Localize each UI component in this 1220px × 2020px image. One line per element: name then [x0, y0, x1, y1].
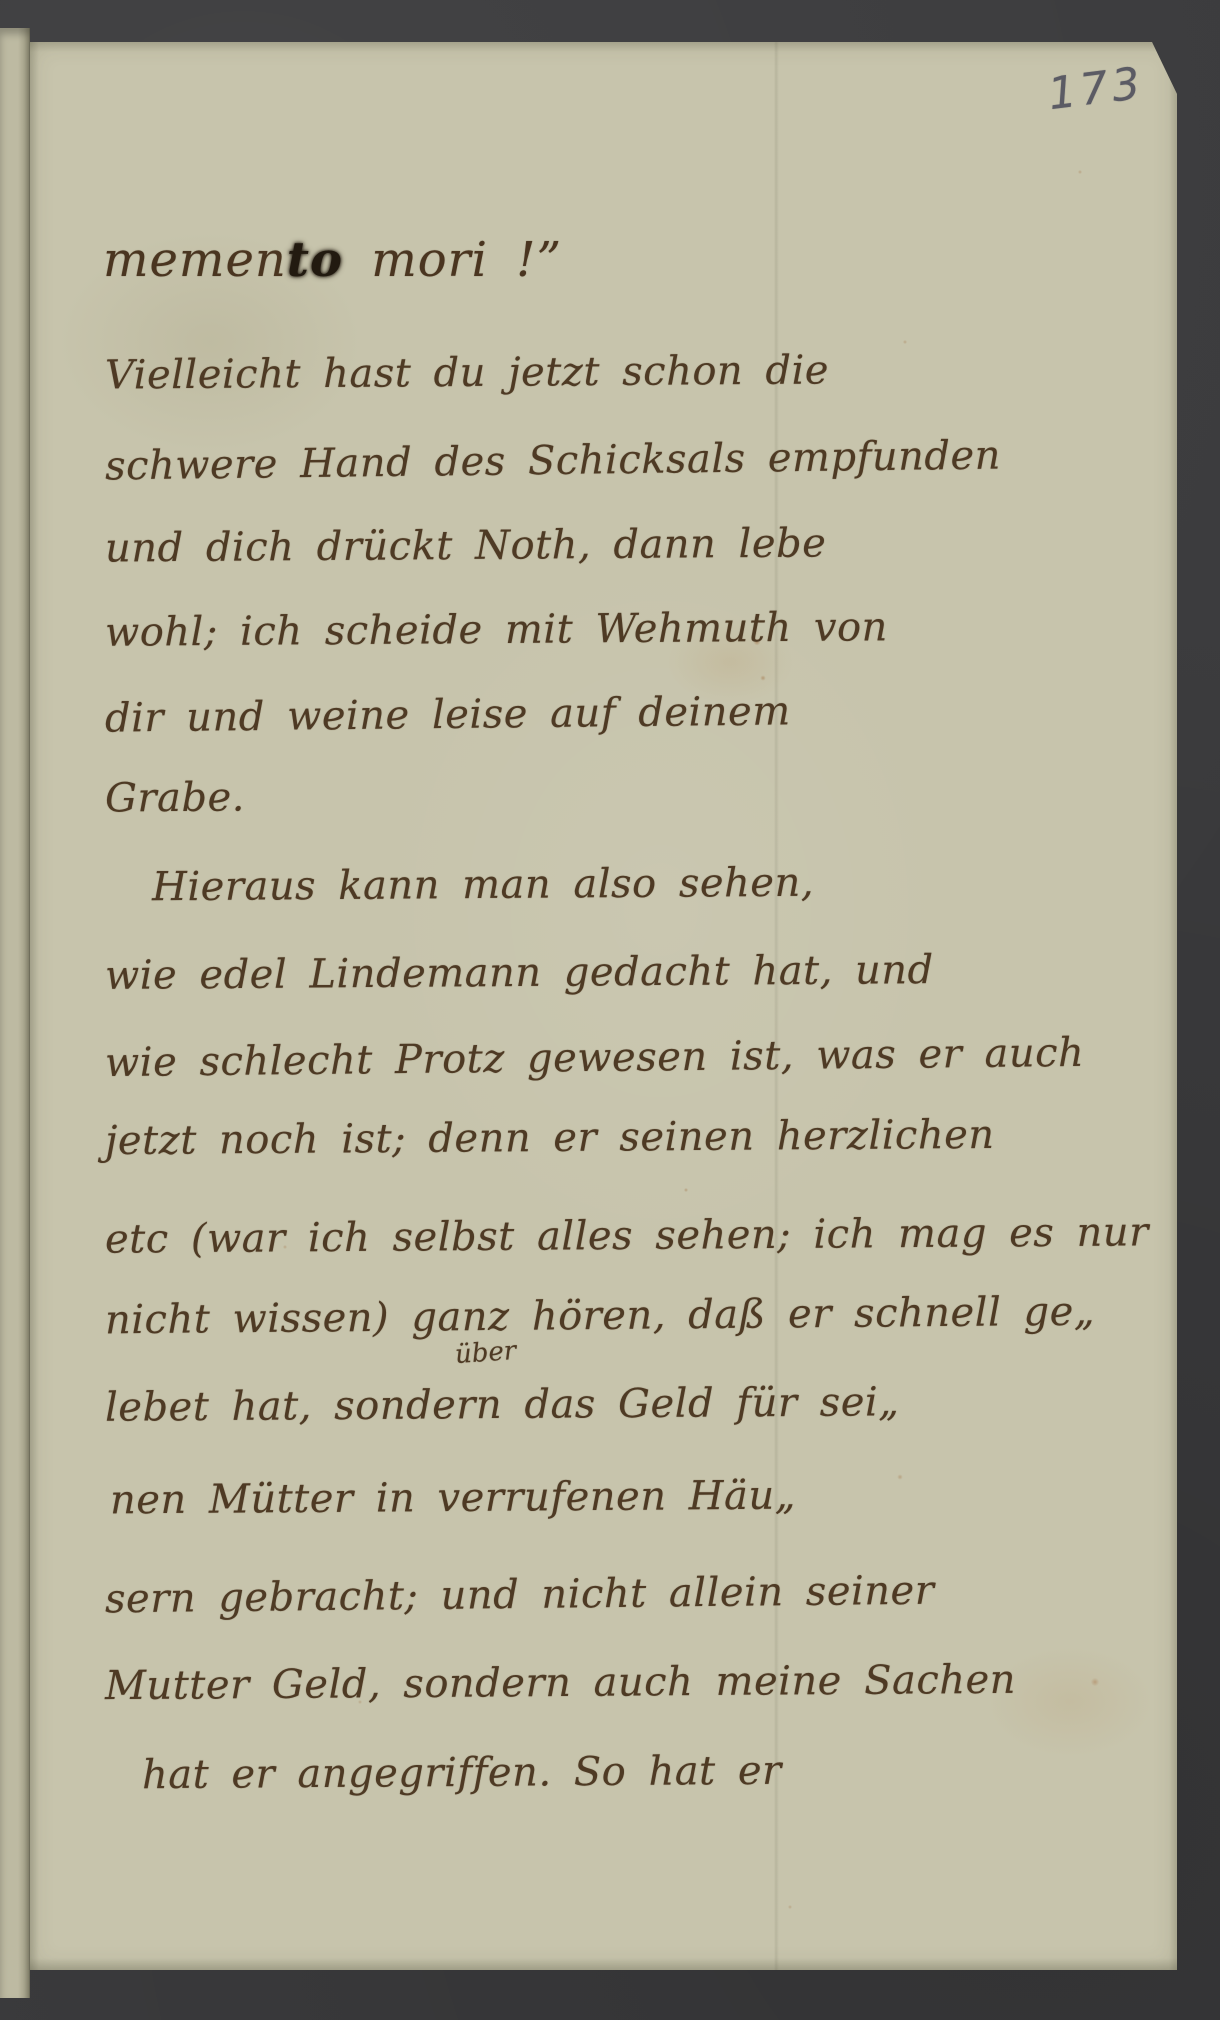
manuscript-line: nicht wissen) ganz hören, daß er schnell… — [105, 1289, 1095, 1344]
manuscript-line: Vielleicht hast du jetzt schon die — [105, 347, 829, 398]
manuscript-line: hat er angegriffen. So hat er — [142, 1748, 782, 1798]
manuscript-line: Hieraus kann man also sehen, — [152, 860, 814, 911]
manuscript-line: wohl; ich scheide mit Wehmuth von — [105, 604, 888, 655]
manuscript-line: dir und weine leise auf deinem — [105, 688, 791, 741]
adjacent-page-edge — [0, 28, 30, 1998]
interline-insertion: über — [454, 1336, 517, 1370]
ink-blot: to — [287, 232, 343, 288]
manuscript-line: sern gebracht; und nicht allein seiner — [105, 1568, 935, 1623]
manuscript-line: Mutter Geld, sondern auch meine Sachen — [105, 1657, 1016, 1709]
title-rest: mori !” — [343, 232, 562, 288]
manuscript-line: und dich drückt Noth, dann lebe — [105, 520, 827, 571]
title-start: memen — [103, 232, 287, 288]
manuscript-line: nen Mütter in verrufenen Häu„ — [110, 1473, 796, 1524]
manuscript-line: wie edel Lindemann gedacht hat, und — [105, 947, 934, 999]
manuscript-line: jetzt noch ist; denn er seinen herzliche… — [105, 1112, 995, 1164]
manuscript-line: etc (war ich selbst alles sehen; ich mag… — [105, 1209, 1149, 1262]
manuscript-line: Grabe. — [105, 775, 245, 822]
title-line: memento mori !” — [103, 232, 562, 288]
manuscript-line: lebet hat, sondern das Geld für sei„ — [105, 1379, 900, 1431]
manuscript-scan: 173 memento mori !” Vielleicht hast du j… — [0, 0, 1220, 2020]
